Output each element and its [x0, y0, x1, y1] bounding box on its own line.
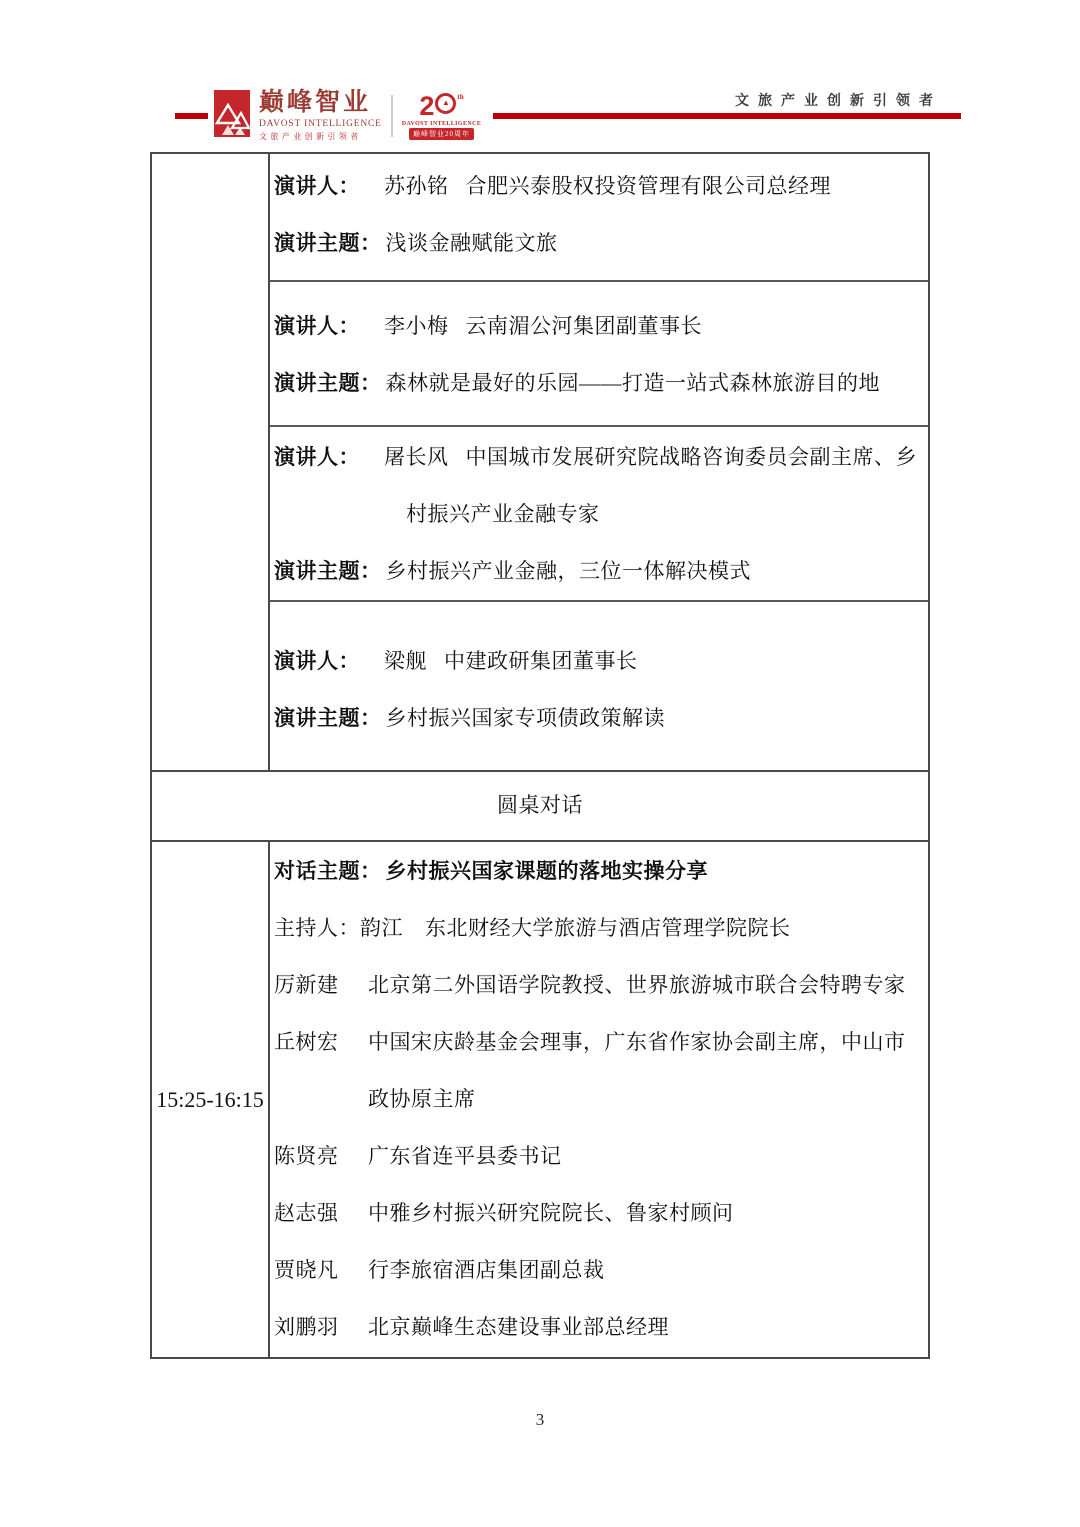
speaker-label: 演讲人：	[274, 174, 360, 198]
participant-title: 北京第二外国语学院教授、世界旅游城市联合会特聘专家	[368, 957, 924, 1014]
speaker-name: 苏孙铭	[384, 174, 449, 198]
moderator-line: 主持人：韵江东北财经大学旅游与酒店管理学院院长	[274, 900, 924, 957]
mountain-logo-icon	[214, 90, 250, 142]
speaker-label: 演讲人：	[274, 649, 360, 673]
section-title-roundtable: 圆桌对话	[152, 770, 928, 842]
speaker-name: 李小梅	[384, 314, 449, 338]
participant-name: 陈贤亮	[274, 1128, 368, 1185]
roundtable-section: 15:25-16:15 对话主题：乡村振兴国家课题的落地实操分享 主持人：韵江东…	[152, 842, 928, 1357]
speech-row: 演讲人：屠长风中国城市发展研究院战略咨询委员会副主席、乡村振兴产业金融专家 演讲…	[270, 427, 928, 602]
topic-label: 演讲主题：	[274, 371, 382, 395]
speech-row: 演讲人：梁舰中建政研集团董事长 演讲主题：乡村振兴国家专项债政策解读	[270, 602, 928, 770]
participant-title: 中国宋庆龄基金会理事，广东省作家协会副主席，中山市政协原主席	[368, 1014, 924, 1128]
speech-row: 演讲人：苏孙铭合肥兴泰股权投资管理有限公司总经理 演讲主题：浅谈金融赋能文旅	[270, 154, 928, 282]
participant-title: 北京巅峰生态建设事业部总经理	[368, 1299, 924, 1356]
dialog-topic-label: 对话主题：	[274, 859, 382, 883]
tiny-mountain-icon: ▲	[442, 99, 450, 107]
participant-row: 陈贤亮 广东省连平县委书记	[274, 1128, 924, 1185]
anniversary-20th-logo: 2 ▲ th DAVOST INTELLIGENCE 巅峰智业20周年	[402, 93, 481, 140]
speech-row: 演讲人：李小梅云南湄公河集团副董事长 演讲主题：森林就是最好的乐园——打造一站式…	[270, 282, 928, 427]
speaker-label: 演讲人：	[274, 314, 360, 338]
anniversary-ring-icon: ▲	[435, 93, 456, 114]
brand-name-en: DAVOST INTELLIGENCE	[259, 119, 382, 129]
document-page: 巅峰智业 DAVOST INTELLIGENCE 文旅产业创新引领者 2 ▲ t…	[0, 0, 1080, 1527]
brand-slogan: 文旅产业创新引领者	[259, 131, 382, 142]
speaker-affiliation: 中国城市发展研究院战略咨询委员会副主席、乡村振兴产业金融专家	[406, 445, 917, 526]
speech-time-column-empty	[152, 154, 270, 770]
participant-title: 广东省连平县委书记	[368, 1128, 924, 1185]
participant-row: 丘树宏 中国宋庆龄基金会理事，广东省作家协会副主席，中山市政协原主席	[274, 1014, 924, 1128]
header-tagline: 文旅产业创新引领者	[735, 90, 942, 110]
participant-name: 丘树宏	[274, 1014, 368, 1128]
speech-section: 演讲人：苏孙铭合肥兴泰股权投资管理有限公司总经理 演讲主题：浅谈金融赋能文旅 演…	[152, 154, 928, 770]
dialog-topic-text: 乡村振兴国家课题的落地实操分享	[386, 859, 709, 883]
participant-title: 中雅乡村振兴研究院院长、鲁家村顾问	[368, 1185, 924, 1242]
speaker-label: 演讲人：	[274, 445, 360, 469]
participant-row: 贾晓凡 行李旅宿酒店集团副总裁	[274, 1242, 924, 1299]
topic-text: 浅谈金融赋能文旅	[386, 231, 558, 255]
brand-name-cn: 巅峰智业	[259, 90, 382, 116]
brand-text-block: 巅峰智业 DAVOST INTELLIGENCE 文旅产业创新引领者	[259, 90, 382, 141]
speaker-name: 梁舰	[384, 649, 427, 673]
brand-logo: 巅峰智业 DAVOST INTELLIGENCE 文旅产业创新引领者 2 ▲ t…	[208, 82, 493, 150]
topic-text: 乡村振兴国家专项债政策解读	[386, 706, 666, 730]
speaker-affiliation: 云南湄公河集团副董事长	[466, 314, 703, 338]
anniversary-line2: 巅峰智业20周年	[409, 128, 474, 140]
participant-name: 刘鹏羽	[274, 1299, 368, 1356]
page-number: 3	[0, 1410, 1080, 1430]
speaker-name: 屠长风	[384, 445, 449, 469]
logo-divider	[391, 95, 393, 137]
topic-text: 乡村振兴产业金融，三位一体解决模式	[386, 559, 752, 583]
participant-row: 刘鹏羽 北京巅峰生态建设事业部总经理	[274, 1299, 924, 1356]
speaker-affiliation: 合肥兴泰股权投资管理有限公司总经理	[466, 174, 832, 198]
moderator-label: 主持人：	[274, 916, 360, 940]
moderator-name: 韵江	[360, 916, 403, 940]
topic-label: 演讲主题：	[274, 231, 382, 255]
participant-name: 厉新建	[274, 957, 368, 1014]
anniversary-line1: DAVOST INTELLIGENCE	[402, 121, 481, 127]
dialog-topic-line: 对话主题：乡村振兴国家课题的落地实操分享	[274, 843, 924, 900]
time-slot: 15:25-16:15	[152, 842, 270, 1357]
participant-title: 行李旅宿酒店集团副总裁	[368, 1242, 924, 1299]
moderator-title: 东北财经大学旅游与酒店管理学院院长	[425, 916, 791, 940]
topic-label: 演讲主题：	[274, 706, 382, 730]
speaker-affiliation: 中建政研集团董事长	[444, 649, 638, 673]
topic-label: 演讲主题：	[274, 559, 382, 583]
participant-name: 赵志强	[274, 1185, 368, 1242]
anniversary-suffix: th	[457, 93, 463, 101]
participant-name: 贾晓凡	[274, 1242, 368, 1299]
participant-row: 赵志强 中雅乡村振兴研究院院长、鲁家村顾问	[274, 1185, 924, 1242]
participant-row: 厉新建 北京第二外国语学院教授、世界旅游城市联合会特聘专家	[274, 957, 924, 1014]
anniversary-number: 2	[419, 93, 434, 120]
topic-text: 森林就是最好的乐园——打造一站式森林旅游目的地	[386, 371, 881, 395]
agenda-table: 演讲人：苏孙铭合肥兴泰股权投资管理有限公司总经理 演讲主题：浅谈金融赋能文旅 演…	[150, 152, 930, 1359]
